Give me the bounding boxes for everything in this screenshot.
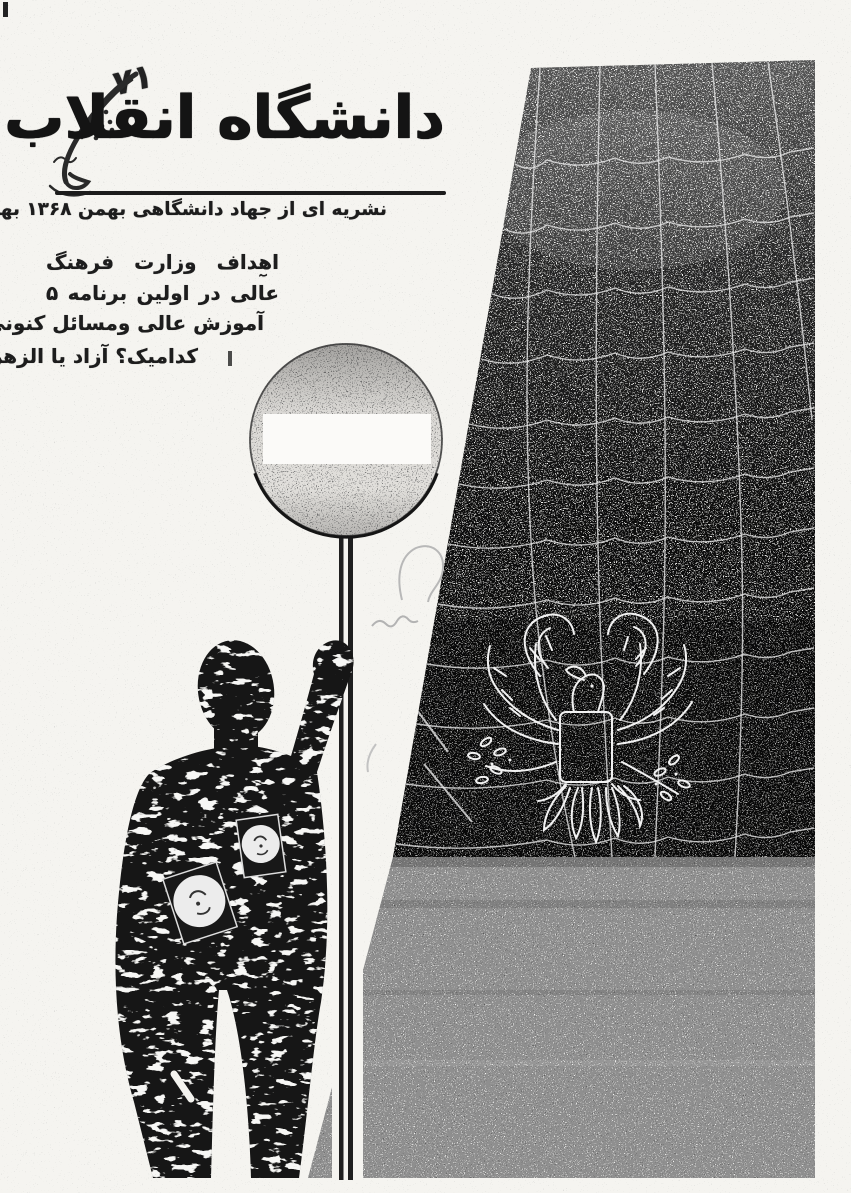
cover-item-3-label: کدامیک؟ آزاد یا الزهراء؟ bbox=[0, 344, 198, 368]
title-underline bbox=[55, 191, 446, 195]
magazine-cover: ۷۱ دانشگاه انقلاب نشریه ای از جهاد دانشگ… bbox=[0, 0, 851, 1193]
sign-pole bbox=[332, 534, 363, 1180]
scan-edge-mark bbox=[228, 351, 232, 366]
magazine-title: دانشگاه انقلاب bbox=[4, 84, 445, 153]
cover-item-3: کدامیک؟ آزاد یا الزهراء؟ bbox=[0, 344, 198, 368]
scan-corner-mark bbox=[3, 2, 8, 17]
cover-headline-line2: عالی در اولین برنامه ۵ ساله کشور bbox=[46, 281, 279, 309]
no-entry-sign bbox=[249, 343, 443, 537]
cover-headline-line1: اهداف وزارت فرهنگ وآموزش bbox=[46, 250, 279, 278]
cover-item-2: آموزش عالی ومسائل کنونی آن bbox=[0, 311, 264, 335]
chest-badge-right bbox=[236, 814, 286, 877]
sign-white-bar bbox=[263, 414, 431, 464]
cover-item-2-label: آموزش عالی ومسائل کنونی آن bbox=[0, 311, 264, 335]
masthead-subtitle: نشریه ای از جهاد دانشگاهی بهمن ۱۳۶۸ بهاء… bbox=[0, 199, 387, 220]
